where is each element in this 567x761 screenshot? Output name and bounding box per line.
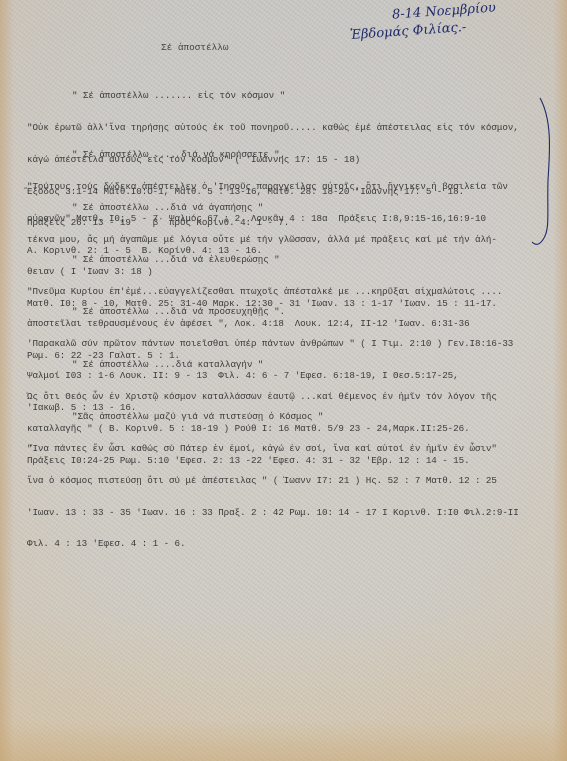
section-line: 'Ιωαν. 13 : 33 - 35 'Ιωαν. 16 : 33 Πραξ.… bbox=[27, 508, 519, 519]
section-heading: " Σέ ἀποστέλλω ....... εἰς τόν κόσμον " bbox=[27, 91, 519, 102]
section-line: Φιλ. 4 : 13 'Εφεσ. 4 : 1 - 6. bbox=[27, 539, 519, 550]
section-line: "Ἵνα πάντες ἕν ὦσι καθώς σύ Πάτερ ἐν ἐμο… bbox=[27, 444, 519, 455]
section-heading: " Σέ ἀποστέλλω .... διά νά κηρήσσετε ". bbox=[27, 150, 508, 161]
section-heading: "Σᾶς ἀποστέλλω μαζύ γιά νά πιστεύσῃ ὁ Κό… bbox=[27, 412, 519, 423]
section-line: ἵνα ὁ κόσμος πιστεύσῃ ὅτι σύ μέ ἀπέστειλ… bbox=[27, 476, 519, 487]
paper-edge-stain-left bbox=[0, 0, 14, 761]
paper-edge-stain-bottom bbox=[0, 721, 567, 761]
section-heading: " Σέ ἀποστέλλω ...διά νά ἐλευθερώσῃς " bbox=[27, 255, 502, 266]
section-heading: " Σέ ἀποστέλλω ...διά νά προσευχηθῇς ". bbox=[27, 307, 513, 318]
document-title: Σέ ἀποστέλλω bbox=[161, 42, 229, 53]
section-so-world-believes: "Σᾶς ἀποστέλλω μαζύ γιά νά πιστεύσῃ ὁ Κό… bbox=[27, 391, 519, 561]
section-heading: " Σέ ἀποστέλλω ....διά καταλλαγήν " bbox=[27, 360, 497, 371]
section-heading: " Σέ ἀποστέλλω ...διά νά ἀγαπήσῃς " bbox=[27, 203, 497, 214]
